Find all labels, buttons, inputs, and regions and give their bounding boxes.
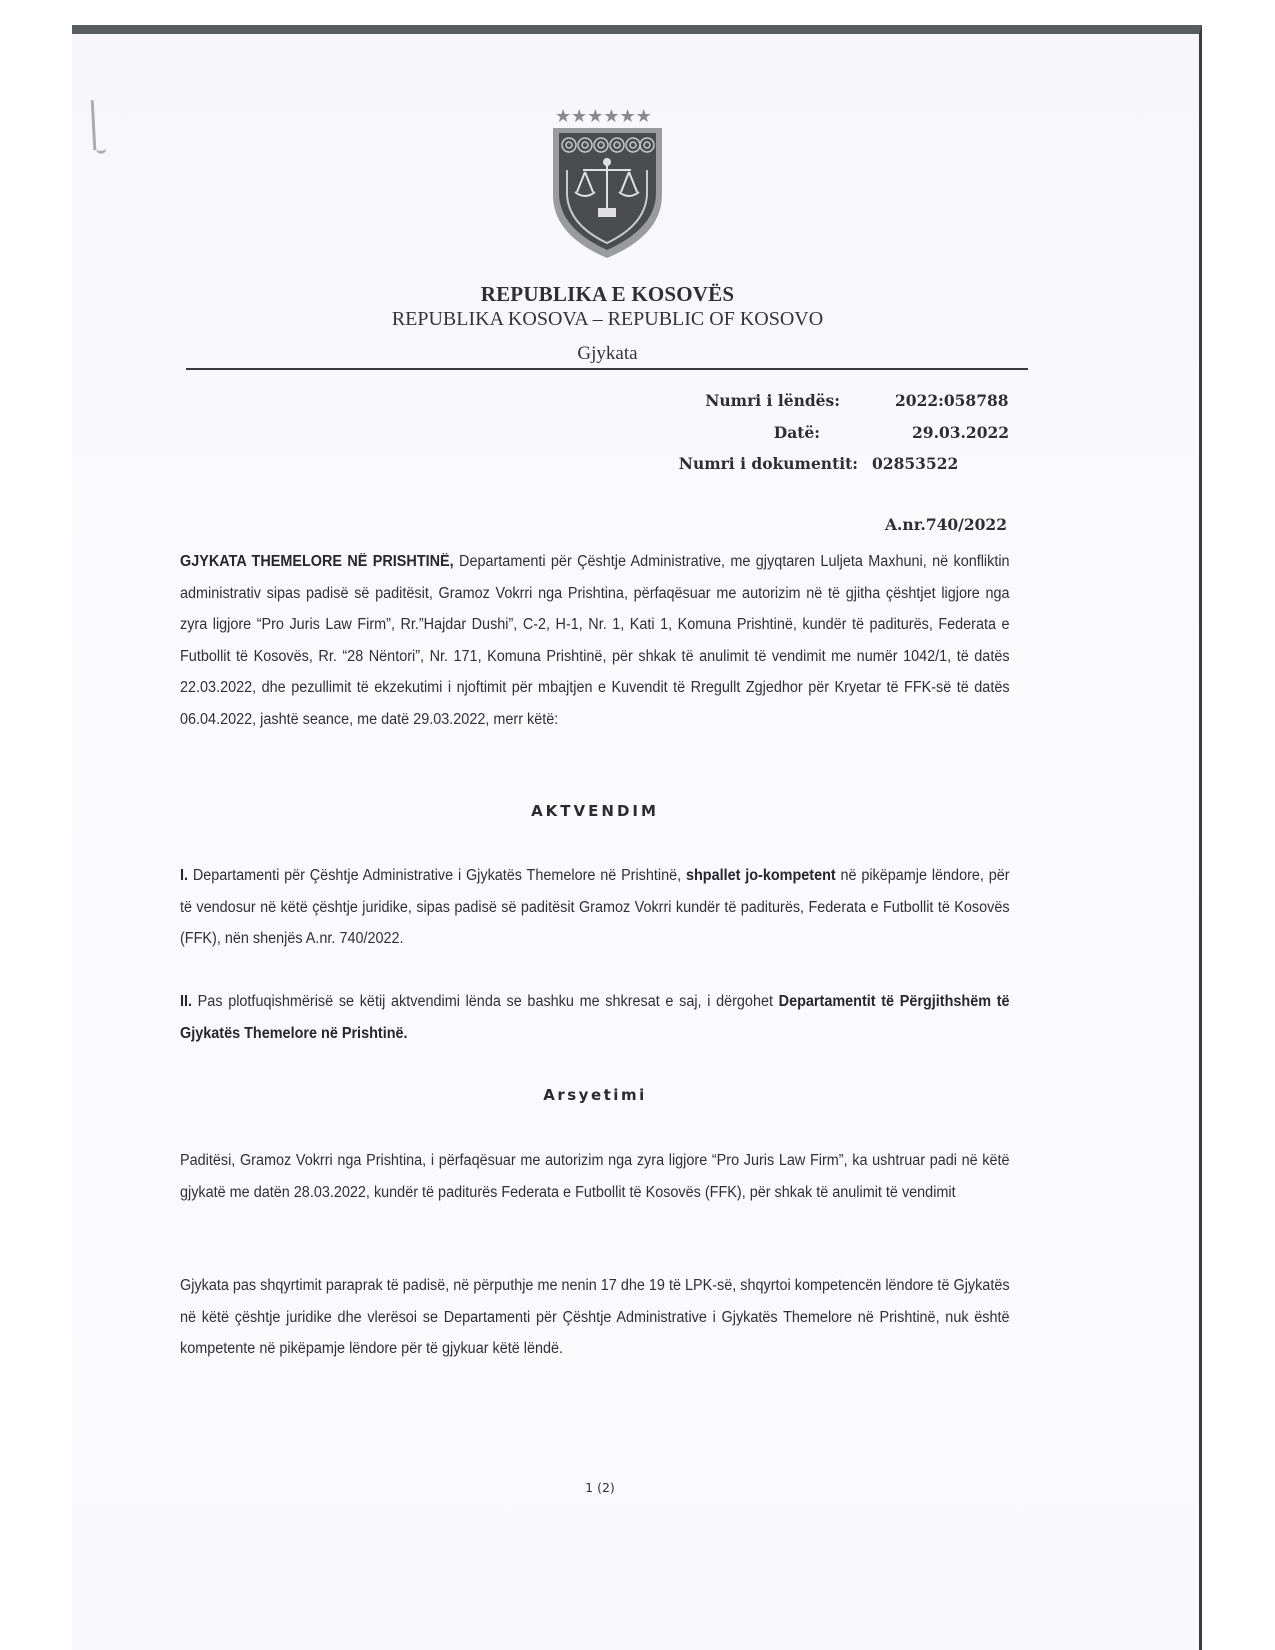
case-number-value: 2022:058788	[895, 391, 1009, 410]
document-number-label: Numri i dokumentit:	[620, 454, 858, 473]
document-number-value: 02853522	[872, 454, 958, 473]
case-reference: A.nr.740/2022	[885, 515, 1007, 534]
ruling-item-2: II. Pas plotfuqishmërisë se këtij aktven…	[180, 986, 1010, 1049]
country-name-multilingual: REPUBLIKA KOSOVA – REPUBLIC OF KOSOVO	[0, 308, 1215, 331]
section-title-arsyetimi: Arsyetimi	[0, 1086, 1190, 1104]
item-number: I.	[180, 867, 188, 884]
intro-text: Departamenti për Çështje Administrative,…	[180, 553, 1010, 728]
institution-name: Gjykata	[0, 343, 1215, 365]
reasoning-paragraph-2: Gjykata pas shqyrtimit paraprak të padis…	[180, 1270, 1010, 1365]
ruling-item-1: I. Departamenti për Çështje Administrati…	[180, 860, 1010, 955]
svg-text:★★★★★★: ★★★★★★	[555, 106, 652, 127]
country-name-albanian: REPUBLIKA E KOSOVËS	[0, 282, 1215, 307]
header-divider	[186, 368, 1028, 370]
scanned-page	[72, 25, 1202, 1650]
page-number: 1 (2)	[0, 1480, 1200, 1495]
date-value: 29.03.2022	[912, 423, 1009, 442]
section-title-aktvendim: AKTVENDIM	[0, 802, 1190, 820]
court-emblem-icon: ★★★★★★	[545, 100, 670, 260]
ruling-bold: shpallet jo-kompetent	[686, 867, 836, 884]
item-number: II.	[180, 993, 192, 1010]
intro-paragraph: GJYKATA THEMELORE NË PRISHTINË, Departam…	[180, 546, 1010, 735]
reasoning-paragraph-1: Paditësi, Gramoz Vokrri nga Prishtina, i…	[180, 1145, 1010, 1208]
case-number-label: Numri i lëndës:	[620, 391, 840, 410]
court-name: GJYKATA THEMELORE NË PRISHTINË,	[180, 553, 454, 570]
date-label: Datë:	[620, 423, 820, 442]
